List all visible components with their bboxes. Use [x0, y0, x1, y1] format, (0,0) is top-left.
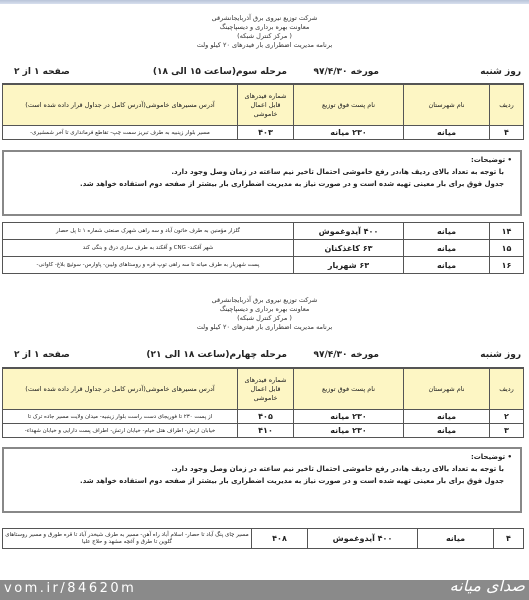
col-address: آدرس مسیرهای خاموشی(آدرس کامل در جداول ق… — [3, 368, 238, 410]
col-city: نام شهرستان — [404, 368, 490, 410]
day-label: روز شنبه — [480, 67, 521, 77]
note-line: با توجه به تعداد بالای ردیف ها،در رفع خا… — [10, 463, 512, 475]
info-row-1: روز شنبه مورخه ۹۷/۴/۳۰ مرحله سوم(ساعت ۱۵… — [0, 67, 529, 81]
brand-logo: صدای میانه — [450, 576, 525, 595]
department-name: معاونت بهره برداری و دیسپاچینگ — [0, 305, 529, 314]
watermark-footer: vom.ir/84620m صدای میانه — [0, 580, 529, 600]
table-row: ۱۴ میانه ۴۰۰ آیدوغموش گلزار مؤمنین به طر… — [3, 223, 524, 240]
table-row: ۱۶ میانه ۶۳ شهریار پست شهریار به طرف میا… — [3, 257, 524, 274]
company-name: شرکت توزیع نیروی برق آذربایجانشرقی — [0, 14, 529, 23]
col-row: ردیف — [490, 84, 524, 126]
col-substation: نام پست فوق توزیع — [294, 368, 404, 410]
source-url: vom.ir/84620m — [4, 581, 136, 596]
extra-table-1: ۱۴ میانه ۴۰۰ آیدوغموش گلزار مؤمنین به طر… — [2, 222, 524, 274]
outage-table-2: ردیف نام شهرستان نام پست فوق توزیع شماره… — [2, 367, 524, 438]
col-city: نام شهرستان — [404, 84, 490, 126]
table-row: ۲ میانه ۲۳۰ میانه ۴۰۵ از پست ۲۳۰ تا فوری… — [3, 410, 524, 424]
col-feeder: شماره فیدرهای قابل اعمال خاموشی — [238, 84, 294, 126]
program-title: برنامه مدیریت اضطراری بار فیدرهای ۲۰ کیل… — [0, 41, 529, 50]
note-line: با توجه به تعداد بالای ردیف ها،در رفع خا… — [10, 166, 512, 178]
table-row: ۱۵ میانه ۶۳ کاغذکنان شهر آقکند- CNG و آق… — [3, 240, 524, 257]
company-name: شرکت توزیع نیروی برق آذربایجانشرقی — [0, 296, 529, 305]
col-address: آدرس مسیرهای خاموشی(آدرس کامل در جداول ق… — [3, 84, 238, 126]
day-label: روز شنبه — [480, 350, 521, 360]
department-name: معاونت بهره برداری و دیسپاچینگ — [0, 23, 529, 32]
table-row: ۴ میانه ۲۳۰ میانه ۴۰۳ مسیر بلوار زینبیه … — [3, 126, 524, 140]
phase-label: مرحله سوم(ساعت ۱۵ الی ۱۸) — [153, 67, 287, 77]
col-feeder: شماره فیدرهای قابل اعمال خاموشی — [238, 368, 294, 410]
notes-box-2: • توضیحات: با توجه به تعداد بالای ردیف ه… — [2, 447, 522, 513]
col-row: ردیف — [490, 368, 524, 410]
top-window-bar — [0, 0, 529, 4]
extra-table-2: ۴ میانه ۴۰۰ آیدوغموش ۴۰۸ مسیر چای پنگ آب… — [2, 528, 524, 549]
info-row-2: روز شنبه مورخه ۹۷/۴/۳۰ مرحله چهارم(ساعت … — [0, 350, 529, 364]
control-center: ( مرکز کنترل شبکه) — [0, 314, 529, 323]
outage-table-1: ردیف نام شهرستان نام پست فوق توزیع شماره… — [2, 83, 524, 140]
page-label: صفحه ۱ از ۲ — [14, 67, 70, 77]
program-title: برنامه مدیریت اضطراری بار فیدرهای ۲۰ کیل… — [0, 323, 529, 332]
letterhead-2: شرکت توزیع نیروی برق آذربایجانشرقی معاون… — [0, 296, 529, 332]
notes-title: • توضیحات: — [10, 451, 512, 463]
table-row: ۴ میانه ۴۰۰ آیدوغموش ۴۰۸ مسیر چای پنگ آب… — [3, 529, 524, 549]
col-substation: نام پست فوق توزیع — [294, 84, 404, 126]
note-line: جدول فوق برای بار معینی تهیه شده است و د… — [10, 475, 512, 487]
table-row: ۳ میانه ۲۳۰ میانه ۴۱۰ خیابان ارتش- اطراف… — [3, 424, 524, 438]
notes-title: • توضیحات: — [10, 154, 512, 166]
phase-label: مرحله چهارم(ساعت ۱۸ الی ۲۱) — [146, 350, 287, 360]
letterhead-1: شرکت توزیع نیروی برق آذربایجانشرقی معاون… — [0, 14, 529, 50]
notes-box-1: • توضیحات: با توجه به تعداد بالای ردیف ه… — [2, 150, 522, 216]
date-label: مورخه ۹۷/۴/۳۰ — [313, 67, 379, 77]
page-label: صفحه ۱ از ۲ — [14, 350, 70, 360]
date-label: مورخه ۹۷/۴/۳۰ — [313, 350, 379, 360]
note-line: جدول فوق برای بار معینی تهیه شده است و د… — [10, 178, 512, 190]
control-center: ( مرکز کنترل شبکه) — [0, 32, 529, 41]
